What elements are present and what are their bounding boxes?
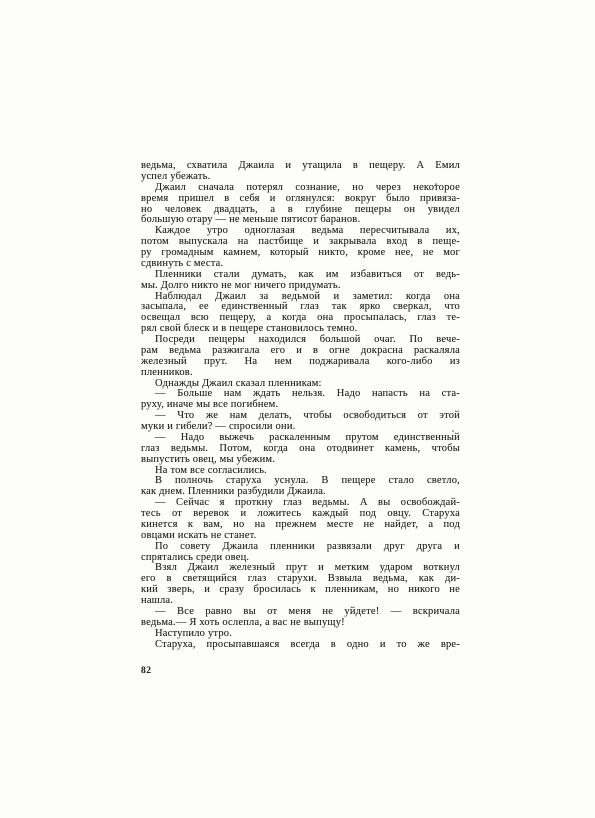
text-line: Наступило утро. — [141, 629, 460, 640]
text-line: выпустить овец, мы убежим. — [141, 455, 460, 466]
scan-speck — [452, 430, 454, 432]
text-line: кий зверь, и сразу бросилась к пленникам… — [141, 585, 460, 596]
text-line: мы. Долго никто не мог ничего придумать. — [141, 281, 460, 292]
text-line: По совету Джаила пленники развязали друг… — [141, 542, 460, 553]
text-line: овцами искать не станет. — [141, 531, 460, 542]
book-page: ведьма, схватила Джаила и утащила в пеще… — [0, 0, 595, 818]
text-line: Джаил сначала потерял сознание, но через… — [141, 183, 460, 194]
text-line: Пленники стали думать, как им избавиться… — [141, 270, 460, 281]
text-line: глаз ведьмы. Потом, когда она отодвинет … — [141, 444, 460, 455]
page-number: 82 — [141, 666, 152, 676]
scan-speck — [435, 183, 437, 186]
text-block: ведьма, схватила Джаила и утащила в пеще… — [141, 161, 460, 650]
text-line: время пришел в себя и оглянулся: вокруг … — [141, 194, 460, 205]
text-line: Старуха, просыпавшаяся всегда в одно и т… — [141, 640, 460, 651]
text-line: железный прут. На нем поджаривала кого-л… — [141, 357, 460, 368]
text-line: пленников. — [141, 368, 460, 379]
text-line: ведьма.— Я хоть ослепла, а вас не выпущу… — [141, 618, 460, 629]
